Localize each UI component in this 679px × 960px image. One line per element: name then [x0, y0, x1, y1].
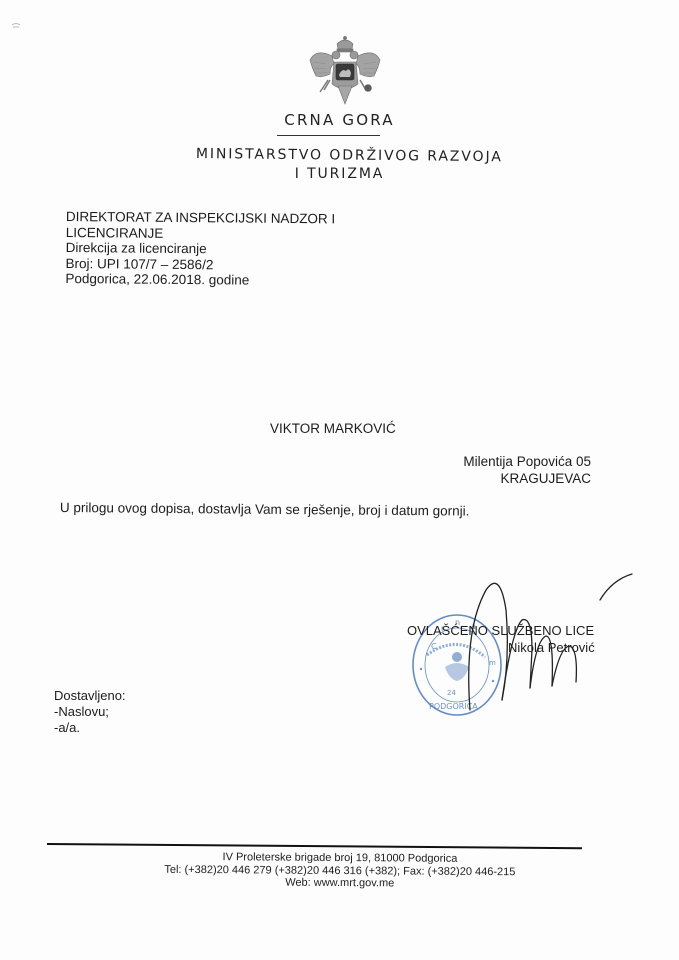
recipient-city: KRAGUJEVAC	[463, 470, 591, 487]
delivery-list: Dostavljeno: -Naslovu; -a/a.	[54, 688, 126, 736]
recipient-name: VIKTOR MARKOVIĆ	[270, 421, 396, 436]
letter-body: U prilogu ovog dopisa, dostavlja Vam se …	[60, 500, 470, 519]
montenegro-coat-of-arms-icon	[306, 34, 384, 110]
delivery-item: -Naslovu;	[54, 704, 126, 720]
scan-artifact-mark	[10, 20, 22, 30]
recipient-address: Milentija Popovića 05 KRAGUJEVAC	[463, 453, 591, 487]
footer-divider	[47, 843, 582, 849]
country-name: CRNA GORA	[0, 111, 679, 129]
place-date: Podgorica, 22.06.2018. godine	[65, 271, 334, 289]
recipient-street: Milentija Popovića 05	[463, 453, 591, 470]
header-divider	[277, 135, 380, 136]
delivery-heading: Dostavljeno:	[54, 688, 126, 704]
handwritten-signature	[440, 570, 640, 720]
directorate-line1: DIREKTORAT ZA INSPEKCIJSKI NADZOR I	[66, 209, 335, 227]
footer: IV Proleterske brigade broj 19, 81000 Po…	[90, 850, 590, 891]
department: Direkcija za licenciranje	[66, 240, 335, 258]
document-page: CRNA GORA MINISTARSTVO ODRŽIVOG RAZVOJA …	[0, 0, 679, 960]
delivery-item: -a/a.	[54, 720, 126, 736]
ministry-name-line2: I TURIZMA	[0, 166, 679, 182]
sender-block: DIREKTORAT ZA INSPEKCIJSKI NADZOR I LICE…	[65, 209, 335, 289]
ministry-name-line1: MINISTARSTVO ODRŽIVOG RAZVOJA	[196, 146, 503, 165]
